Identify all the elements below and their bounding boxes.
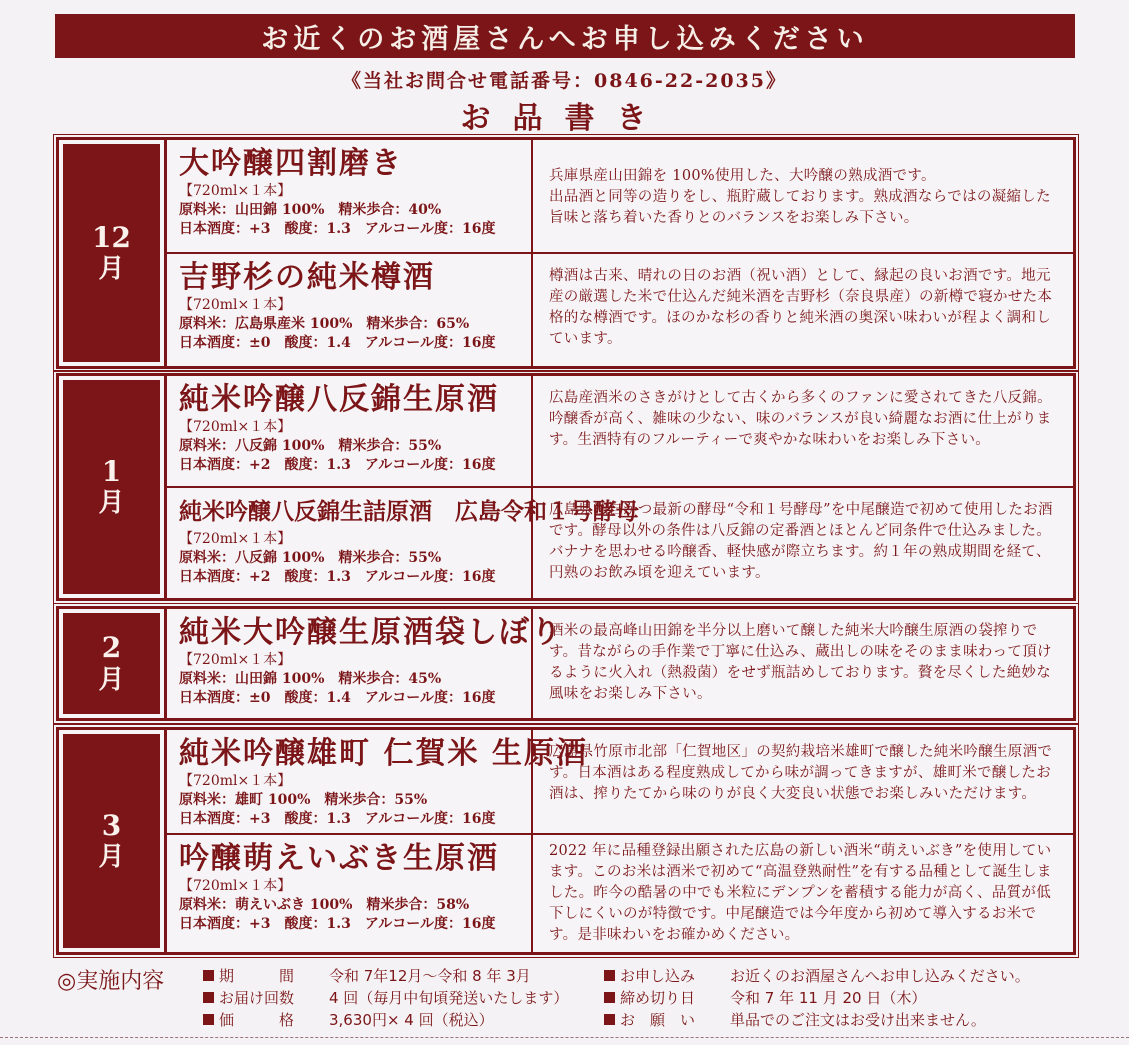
product-list: 大吟醸四割磨き 【720ml×１本】 原料米：山田錦 100% 精米歩合：40%… (167, 140, 1073, 366)
product-size: 【720ml×１本】 (179, 772, 525, 791)
product-spec-rice: 原料米：八反錦 100% 精米歩合：55% (179, 549, 525, 568)
month-group-december: 12 月 大吟醸四割磨き 【720ml×１本】 原料米：山田錦 100% 精米歩… (56, 137, 1076, 369)
month-unit: 月 (98, 488, 124, 519)
month-label: 1 月 (63, 380, 160, 594)
month-label: 3 月 (63, 734, 160, 948)
phone-line: 《当社お問合せ電話番号：0846-22-2035》 (0, 66, 1129, 93)
month-group-january: 1 月 純米吟醸八反錦生原酒 【720ml×１本】 原料米：八反錦 100% 精… (56, 373, 1076, 601)
product-description-cell: 広島県独自かつ最新の酵母“令和１号酵母”を中尾醸造で初めて使用したお酒です。酵母… (533, 488, 1073, 598)
detail-label: 締め切り日 (620, 987, 730, 1009)
detail-label: お届け回数 (219, 987, 329, 1009)
month-group-march: 3 月 純米吟醸雄町 仁賀米 生原酒 【720ml×１本】 原料米：雄町 100… (56, 727, 1076, 955)
detail-delivery-count: お届け回数 4 回（毎月中旬頃発送いたします） (203, 987, 568, 1009)
product-info: 純米大吟醸生原酒袋しぼり 【720ml×１本】 原料米：山田錦 100% 精米歩… (167, 609, 533, 718)
detail-value: 令和 7年12月～令和 8 年 3月 (329, 965, 531, 987)
details-left-column: 期 間 令和 7年12月～令和 8 年 3月 お届け回数 4 回（毎月中旬頃発送… (203, 965, 568, 1031)
month-number: 1 (102, 455, 121, 489)
product-description: 兵庫県産山田錦を 100%使用した、大吟醸の熟成酒です。 出品酒と同等の造りをし… (549, 152, 1063, 229)
detail-deadline: 締め切り日 令和 7 年 11 月 20 日（木） (604, 987, 1030, 1009)
product-name: 吟醸萌えいぶき生原酒 (179, 841, 525, 877)
detail-value: 4 回（毎月中旬頃発送いたします） (329, 987, 568, 1009)
month-number: 3 (102, 809, 121, 843)
cut-line-divider (0, 1037, 1129, 1038)
product-description: 樽酒は古来、晴れの日のお酒（祝い酒）として、縁起の良いお酒です。地元産の厳選した… (549, 266, 1063, 350)
product-name: 吉野杉の純米樽酒 (179, 260, 525, 296)
details-heading: ◎実施内容 (57, 964, 164, 995)
product-row: 吟醸萌えいぶき生原酒 【720ml×１本】 原料米：萌えいぶき 100% 精米歩… (167, 833, 1073, 952)
detail-label: お申し込み (620, 965, 730, 987)
product-name: 純米吟醸八反錦生詰原酒 広島令和１号酵母 (179, 494, 525, 530)
product-size: 【720ml×１本】 (179, 418, 525, 437)
product-row: 大吟醸四割磨き 【720ml×１本】 原料米：山田錦 100% 精米歩合：40%… (167, 140, 1073, 252)
product-description-cell: 広島県竹原市北部「仁賀地区」の契約栽培米雄町で醸した純米吟醸生原酒です。日本酒は… (533, 730, 1073, 833)
detail-price: 価 格 3,630円× 4 回（税込） (203, 1009, 568, 1031)
product-spec-rice: 原料米：萌えいぶき 100% 精米歩合：58% (179, 896, 525, 915)
product-size: 【720ml×１本】 (179, 877, 525, 896)
square-bullet-icon (203, 1014, 214, 1025)
product-spec-rice: 原料米：八反錦 100% 精米歩合：55% (179, 437, 525, 456)
detail-value: 令和 7 年 11 月 20 日（木） (730, 987, 926, 1009)
product-spec-rice: 原料米：雄町 100% 精米歩合：55% (179, 791, 525, 810)
product-spec-rice: 原料米：山田錦 100% 精米歩合：45% (179, 670, 525, 689)
product-list: 純米吟醸八反錦生原酒 【720ml×１本】 原料米：八反錦 100% 精米歩合：… (167, 376, 1073, 598)
menu-title: お品書き (0, 93, 1129, 137)
month-label: 12 月 (63, 144, 160, 362)
month-unit: 月 (98, 254, 124, 285)
month-number: 2 (102, 631, 121, 665)
product-spec-values: 日本酒度：±0 酸度：1.4 アルコール度：16度 (179, 689, 525, 708)
month-cell: 1 月 (59, 376, 167, 598)
product-row: 純米吟醸八反錦生原酒 【720ml×１本】 原料米：八反錦 100% 精米歩合：… (167, 376, 1073, 486)
product-size: 【720ml×１本】 (179, 182, 525, 201)
product-size: 【720ml×１本】 (179, 530, 525, 549)
detail-value: 3,630円× 4 回（税込） (329, 1009, 494, 1031)
detail-label: お 願 い (620, 1009, 730, 1031)
product-row: 吉野杉の純米樽酒 【720ml×１本】 原料米：広島県産米 100% 精米歩合：… (167, 252, 1073, 366)
square-bullet-icon (604, 970, 615, 981)
product-spec-values: 日本酒度：+3 酸度：1.3 アルコール度：16度 (179, 220, 525, 239)
product-spec-rice: 原料米：山田錦 100% 精米歩合：40% (179, 201, 525, 220)
product-info: 大吟醸四割磨き 【720ml×１本】 原料米：山田錦 100% 精米歩合：40%… (167, 140, 533, 252)
product-description: 広島県竹原市北部「仁賀地区」の契約栽培米雄町で醸した純米吟醸生原酒です。日本酒は… (549, 742, 1063, 805)
product-name: 純米大吟醸生原酒袋しぼり (179, 615, 525, 651)
product-description: 広島県独自かつ最新の酵母“令和１号酵母”を中尾醸造で初めて使用したお酒です。酵母… (549, 500, 1063, 584)
month-unit: 月 (98, 665, 124, 696)
product-name: 純米吟醸雄町 仁賀米 生原酒 (179, 736, 525, 772)
detail-application: お申し込み お近くのお酒屋さんへお申し込みください。 (604, 965, 1030, 987)
square-bullet-icon (604, 992, 615, 1003)
product-name: 純米吟醸八反錦生原酒 (179, 382, 525, 418)
product-description-cell: 2022 年に品種登録出願された広島の新しい酒米“萌えいぶき”を使用しています。… (533, 835, 1073, 952)
square-bullet-icon (604, 1014, 615, 1025)
month-group-february: 2 月 純米大吟醸生原酒袋しぼり 【720ml×１本】 原料米：山田錦 100%… (56, 606, 1076, 721)
product-info: 純米吟醸雄町 仁賀米 生原酒 【720ml×１本】 原料米：雄町 100% 精米… (167, 730, 533, 833)
product-info: 吉野杉の純米樽酒 【720ml×１本】 原料米：広島県産米 100% 精米歩合：… (167, 254, 533, 366)
product-description-cell: 広島産酒米のさきがけとして古くから多くのファンに愛されてきた八反錦。吟醸香が高く… (533, 376, 1073, 486)
product-spec-values: 日本酒度：+3 酸度：1.3 アルコール度：16度 (179, 915, 525, 934)
product-list: 純米吟醸雄町 仁賀米 生原酒 【720ml×１本】 原料米：雄町 100% 精米… (167, 730, 1073, 952)
product-name: 大吟醸四割磨き (179, 146, 525, 182)
product-description: 広島産酒米のさきがけとして古くから多くのファンに愛されてきた八反錦。吟醸香が高く… (549, 388, 1063, 451)
product-spec-values: 日本酒度：+2 酸度：1.3 アルコール度：16度 (179, 568, 525, 587)
month-label: 2 月 (63, 613, 160, 714)
implementation-details: ◎実施内容 期 間 令和 7年12月～令和 8 年 3月 お届け回数 4 回（毎… (0, 962, 1129, 1042)
month-number: 12 (92, 221, 131, 255)
product-spec-values: 日本酒度：±0 酸度：1.4 アルコール度：16度 (179, 334, 525, 353)
detail-request: お 願 い 単品でのご注文はお受け出来ません。 (604, 1009, 1030, 1031)
detail-period: 期 間 令和 7年12月～令和 8 年 3月 (203, 965, 568, 987)
square-bullet-icon (203, 970, 214, 981)
product-description-cell: 酒米の最高峰山田錦を半分以上磨いて醸した純米大吟醸生原酒の袋搾りです。昔ながらの… (533, 609, 1073, 718)
product-spec-rice: 原料米：広島県産米 100% 精米歩合：65% (179, 315, 525, 334)
product-info: 純米吟醸八反錦生原酒 【720ml×１本】 原料米：八反錦 100% 精米歩合：… (167, 376, 533, 486)
month-unit: 月 (98, 842, 124, 873)
detail-label: 価 格 (219, 1009, 329, 1031)
product-row: 純米吟醸雄町 仁賀米 生原酒 【720ml×１本】 原料米：雄町 100% 精米… (167, 730, 1073, 833)
month-cell: 3 月 (59, 730, 167, 952)
product-size: 【720ml×１本】 (179, 651, 525, 670)
month-cell: 12 月 (59, 140, 167, 366)
detail-value: 単品でのご注文はお受け出来ません。 (730, 1009, 986, 1031)
product-description: 酒米の最高峰山田錦を半分以上磨いて醸した純米大吟醸生原酒の袋搾りです。昔ながらの… (549, 621, 1063, 705)
product-description-cell: 樽酒は古来、晴れの日のお酒（祝い酒）として、縁起の良いお酒です。地元産の厳選した… (533, 254, 1073, 366)
product-size: 【720ml×１本】 (179, 296, 525, 315)
product-spec-values: 日本酒度：+2 酸度：1.3 アルコール度：16度 (179, 456, 525, 475)
details-right-column: お申し込み お近くのお酒屋さんへお申し込みください。 締め切り日 令和 7 年 … (604, 965, 1030, 1031)
product-row: 純米大吟醸生原酒袋しぼり 【720ml×１本】 原料米：山田錦 100% 精米歩… (167, 609, 1073, 718)
product-info: 純米吟醸八反錦生詰原酒 広島令和１号酵母 【720ml×１本】 原料米：八反錦 … (167, 488, 533, 598)
square-bullet-icon (203, 992, 214, 1003)
product-spec-values: 日本酒度：+3 酸度：1.3 アルコール度：16度 (179, 810, 525, 829)
detail-label: 期 間 (219, 965, 329, 987)
product-description: 2022 年に品種登録出願された広島の新しい酒米“萌えいぶき”を使用しています。… (549, 841, 1063, 946)
product-row: 純米吟醸八反錦生詰原酒 広島令和１号酵母 【720ml×１本】 原料米：八反錦 … (167, 486, 1073, 598)
product-description-cell: 兵庫県産山田錦を 100%使用した、大吟醸の熟成酒です。 出品酒と同等の造りをし… (533, 140, 1073, 252)
top-banner: お近くのお酒屋さんへお申し込みください (55, 14, 1075, 58)
banner-text: お近くのお酒屋さんへお申し込みください (261, 17, 868, 56)
product-list: 純米大吟醸生原酒袋しぼり 【720ml×１本】 原料米：山田錦 100% 精米歩… (167, 609, 1073, 718)
product-info: 吟醸萌えいぶき生原酒 【720ml×１本】 原料米：萌えいぶき 100% 精米歩… (167, 835, 533, 952)
detail-value: お近くのお酒屋さんへお申し込みください。 (730, 965, 1030, 987)
month-cell: 2 月 (59, 609, 167, 718)
